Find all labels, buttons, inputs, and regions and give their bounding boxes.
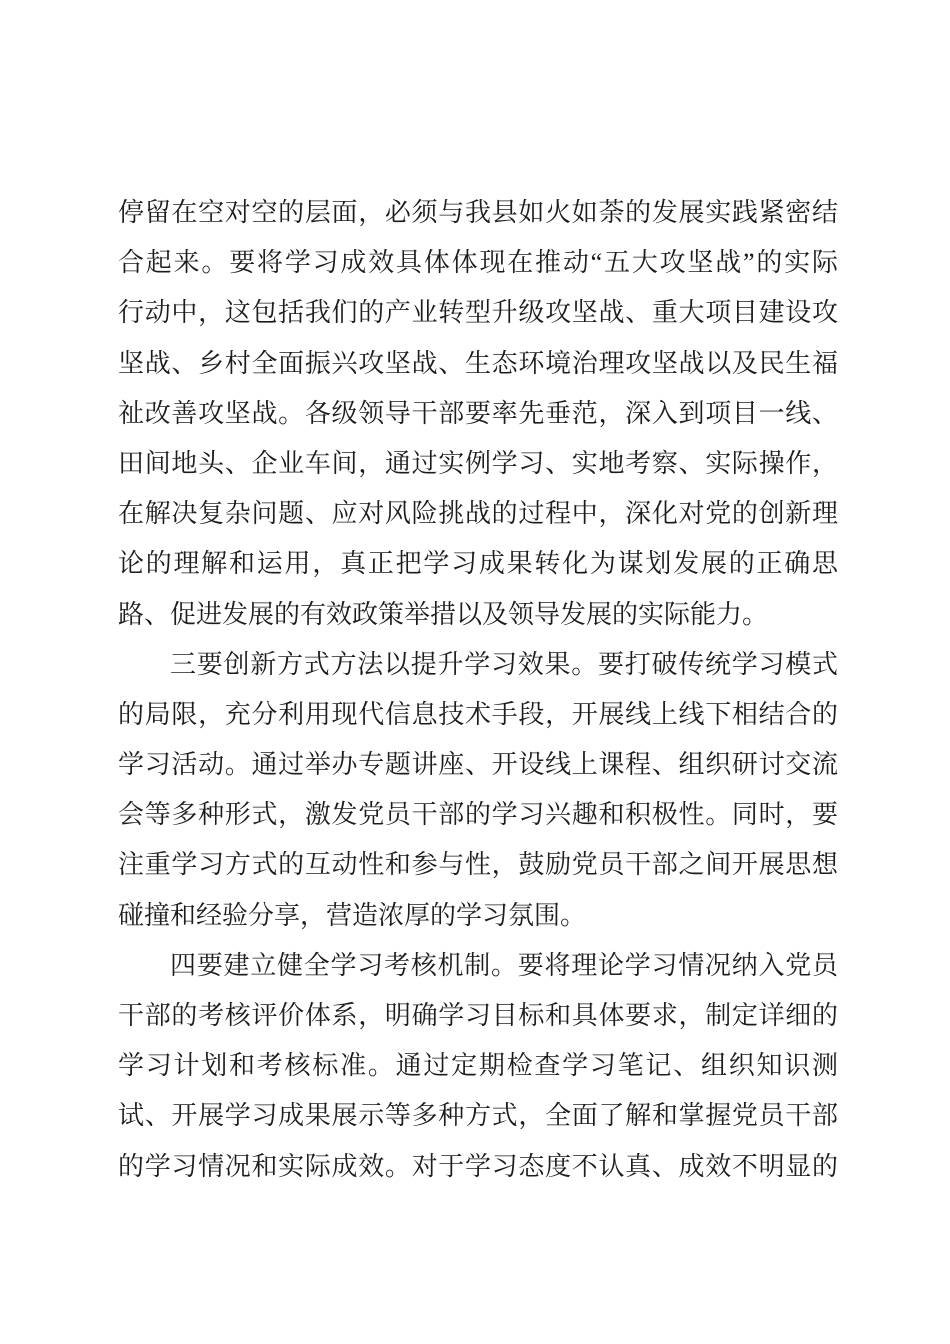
text-line: 碰撞和经验分享，营造浓厚的学习氛围。	[118, 891, 838, 941]
text-line: 会等多种形式，激发党员干部的学习兴趣和积极性。同时，要	[118, 790, 838, 840]
text-line: 四要建立健全学习考核机制。要将理论学习情况纳入党员	[118, 941, 838, 991]
text-line: 注重学习方式的互动性和参与性，鼓励党员干部之间开展思想	[118, 840, 838, 890]
text-line: 祉改善攻坚战。各级领导干部要率先垂范，深入到项目一线、	[118, 389, 838, 439]
text-line: 田间地头、企业车间，通过实例学习、实地考察、实际操作，	[118, 439, 838, 489]
text-line: 坚战、乡村全面振兴攻坚战、生态环境治理攻坚战以及民生福	[118, 339, 838, 389]
document-body-text: 停留在空对空的层面，必须与我县如火如荼的发展实践紧密结合起来。要将学习成效具体体…	[118, 188, 838, 1192]
text-line: 合起来。要将学习成效具体体现在推动“五大攻坚战”的实际	[118, 238, 838, 288]
text-line: 路、促进发展的有效政策举措以及领导发展的实际能力。	[118, 590, 838, 640]
text-line: 在解决复杂问题、应对风险挑战的过程中，深化对党的创新理	[118, 489, 838, 539]
text-line: 停留在空对空的层面，必须与我县如火如荼的发展实践紧密结	[118, 188, 838, 238]
text-line: 试、开展学习成果展示等多种方式，全面了解和掌握党员干部	[118, 1091, 838, 1141]
text-line: 论的理解和运用，真正把学习成果转化为谋划发展的正确思	[118, 539, 838, 589]
text-line: 行动中，这包括我们的产业转型升级攻坚战、重大项目建设攻	[118, 288, 838, 338]
text-line: 干部的考核评价体系，明确学习目标和具体要求，制定详细的	[118, 991, 838, 1041]
text-line: 学习计划和考核标准。通过定期检查学习笔记、组织知识测	[118, 1041, 838, 1091]
text-line: 的局限，充分利用现代信息技术手段，开展线上线下相结合的	[118, 690, 838, 740]
text-line: 学习活动。通过举办专题讲座、开设线上课程、组织研讨交流	[118, 740, 838, 790]
text-line: 三要创新方式方法以提升学习效果。要打破传统学习模式	[118, 640, 838, 690]
text-line: 的学习情况和实际成效。对于学习态度不认真、成效不明显的	[118, 1142, 838, 1192]
document-page: 停留在空对空的层面，必须与我县如火如荼的发展实践紧密结合起来。要将学习成效具体体…	[0, 0, 950, 1344]
